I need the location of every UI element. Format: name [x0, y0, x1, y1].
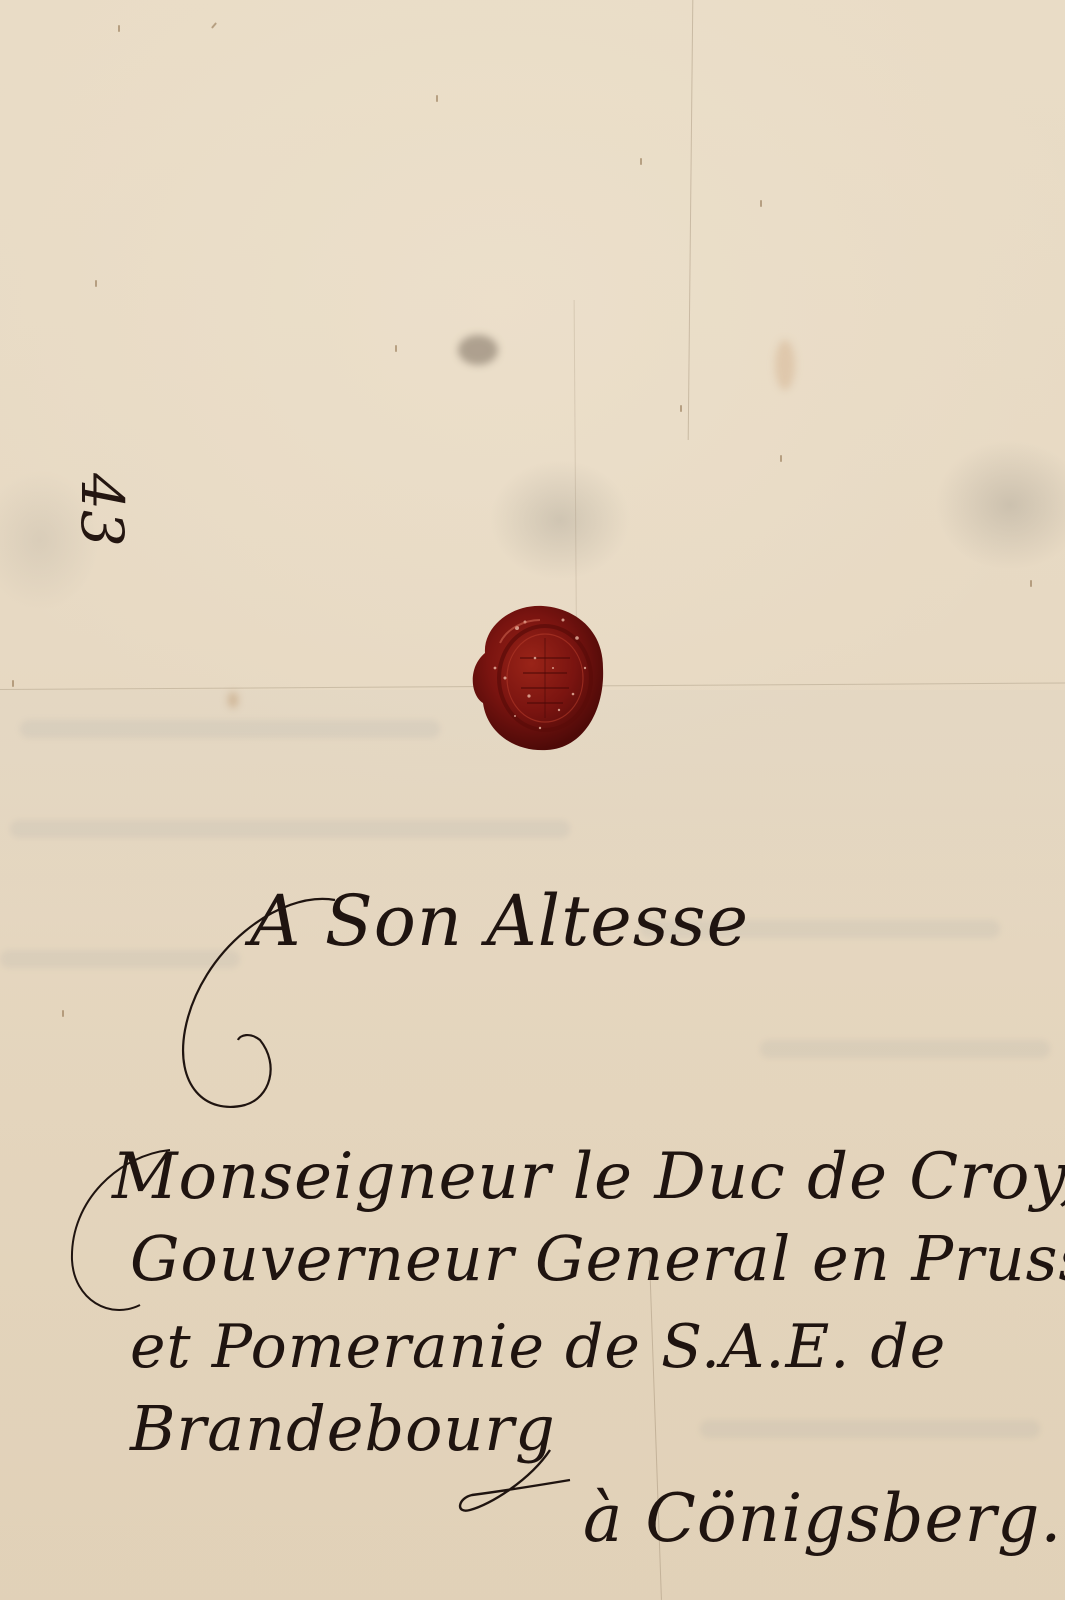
ink-smudge	[458, 335, 498, 365]
foxing-stain	[775, 340, 795, 390]
bleed-through-line	[0, 950, 240, 968]
bleed-through-line	[20, 720, 440, 738]
paper-fiber-speck	[118, 25, 120, 32]
wax-seal-icon	[465, 598, 615, 758]
paper-fiber-speck	[640, 158, 642, 165]
paper-fiber-speck	[436, 95, 438, 102]
paper-fiber-speck	[680, 405, 682, 412]
foxing-stain	[228, 692, 238, 708]
address-line-destination: à Cönigsberg.	[583, 1480, 1062, 1557]
bleed-through-line	[700, 1420, 1040, 1438]
paper-fiber-speck	[395, 345, 397, 352]
paper-fiber-speck	[62, 1010, 64, 1017]
address-line-title-continued: et Pomeranie de S.A.E. de	[130, 1312, 946, 1382]
paper-crease-upper	[688, 0, 694, 440]
paper-fiber-speck	[211, 22, 217, 29]
paper-fiber-speck	[780, 455, 782, 462]
paper-fiber-speck	[95, 280, 97, 287]
paper-fiber-speck	[12, 680, 14, 687]
folio-number: 43	[62, 470, 142, 550]
letter-sheet: 43 A Son Altesse Mo	[0, 0, 1065, 1600]
address-line-salutation: A Son Altesse	[250, 880, 749, 962]
address-line-recipient: Monseigneur le Duc de Croy,	[112, 1140, 1065, 1214]
bleed-through-line	[10, 820, 570, 838]
paper-fiber-speck	[760, 200, 762, 207]
address-line-electorate: Brandebourg	[130, 1392, 556, 1465]
paper-fiber-speck	[1030, 580, 1032, 587]
bleed-through-line	[760, 1040, 1050, 1058]
address-line-title: Gouverneur General en Prusse	[130, 1222, 1065, 1295]
